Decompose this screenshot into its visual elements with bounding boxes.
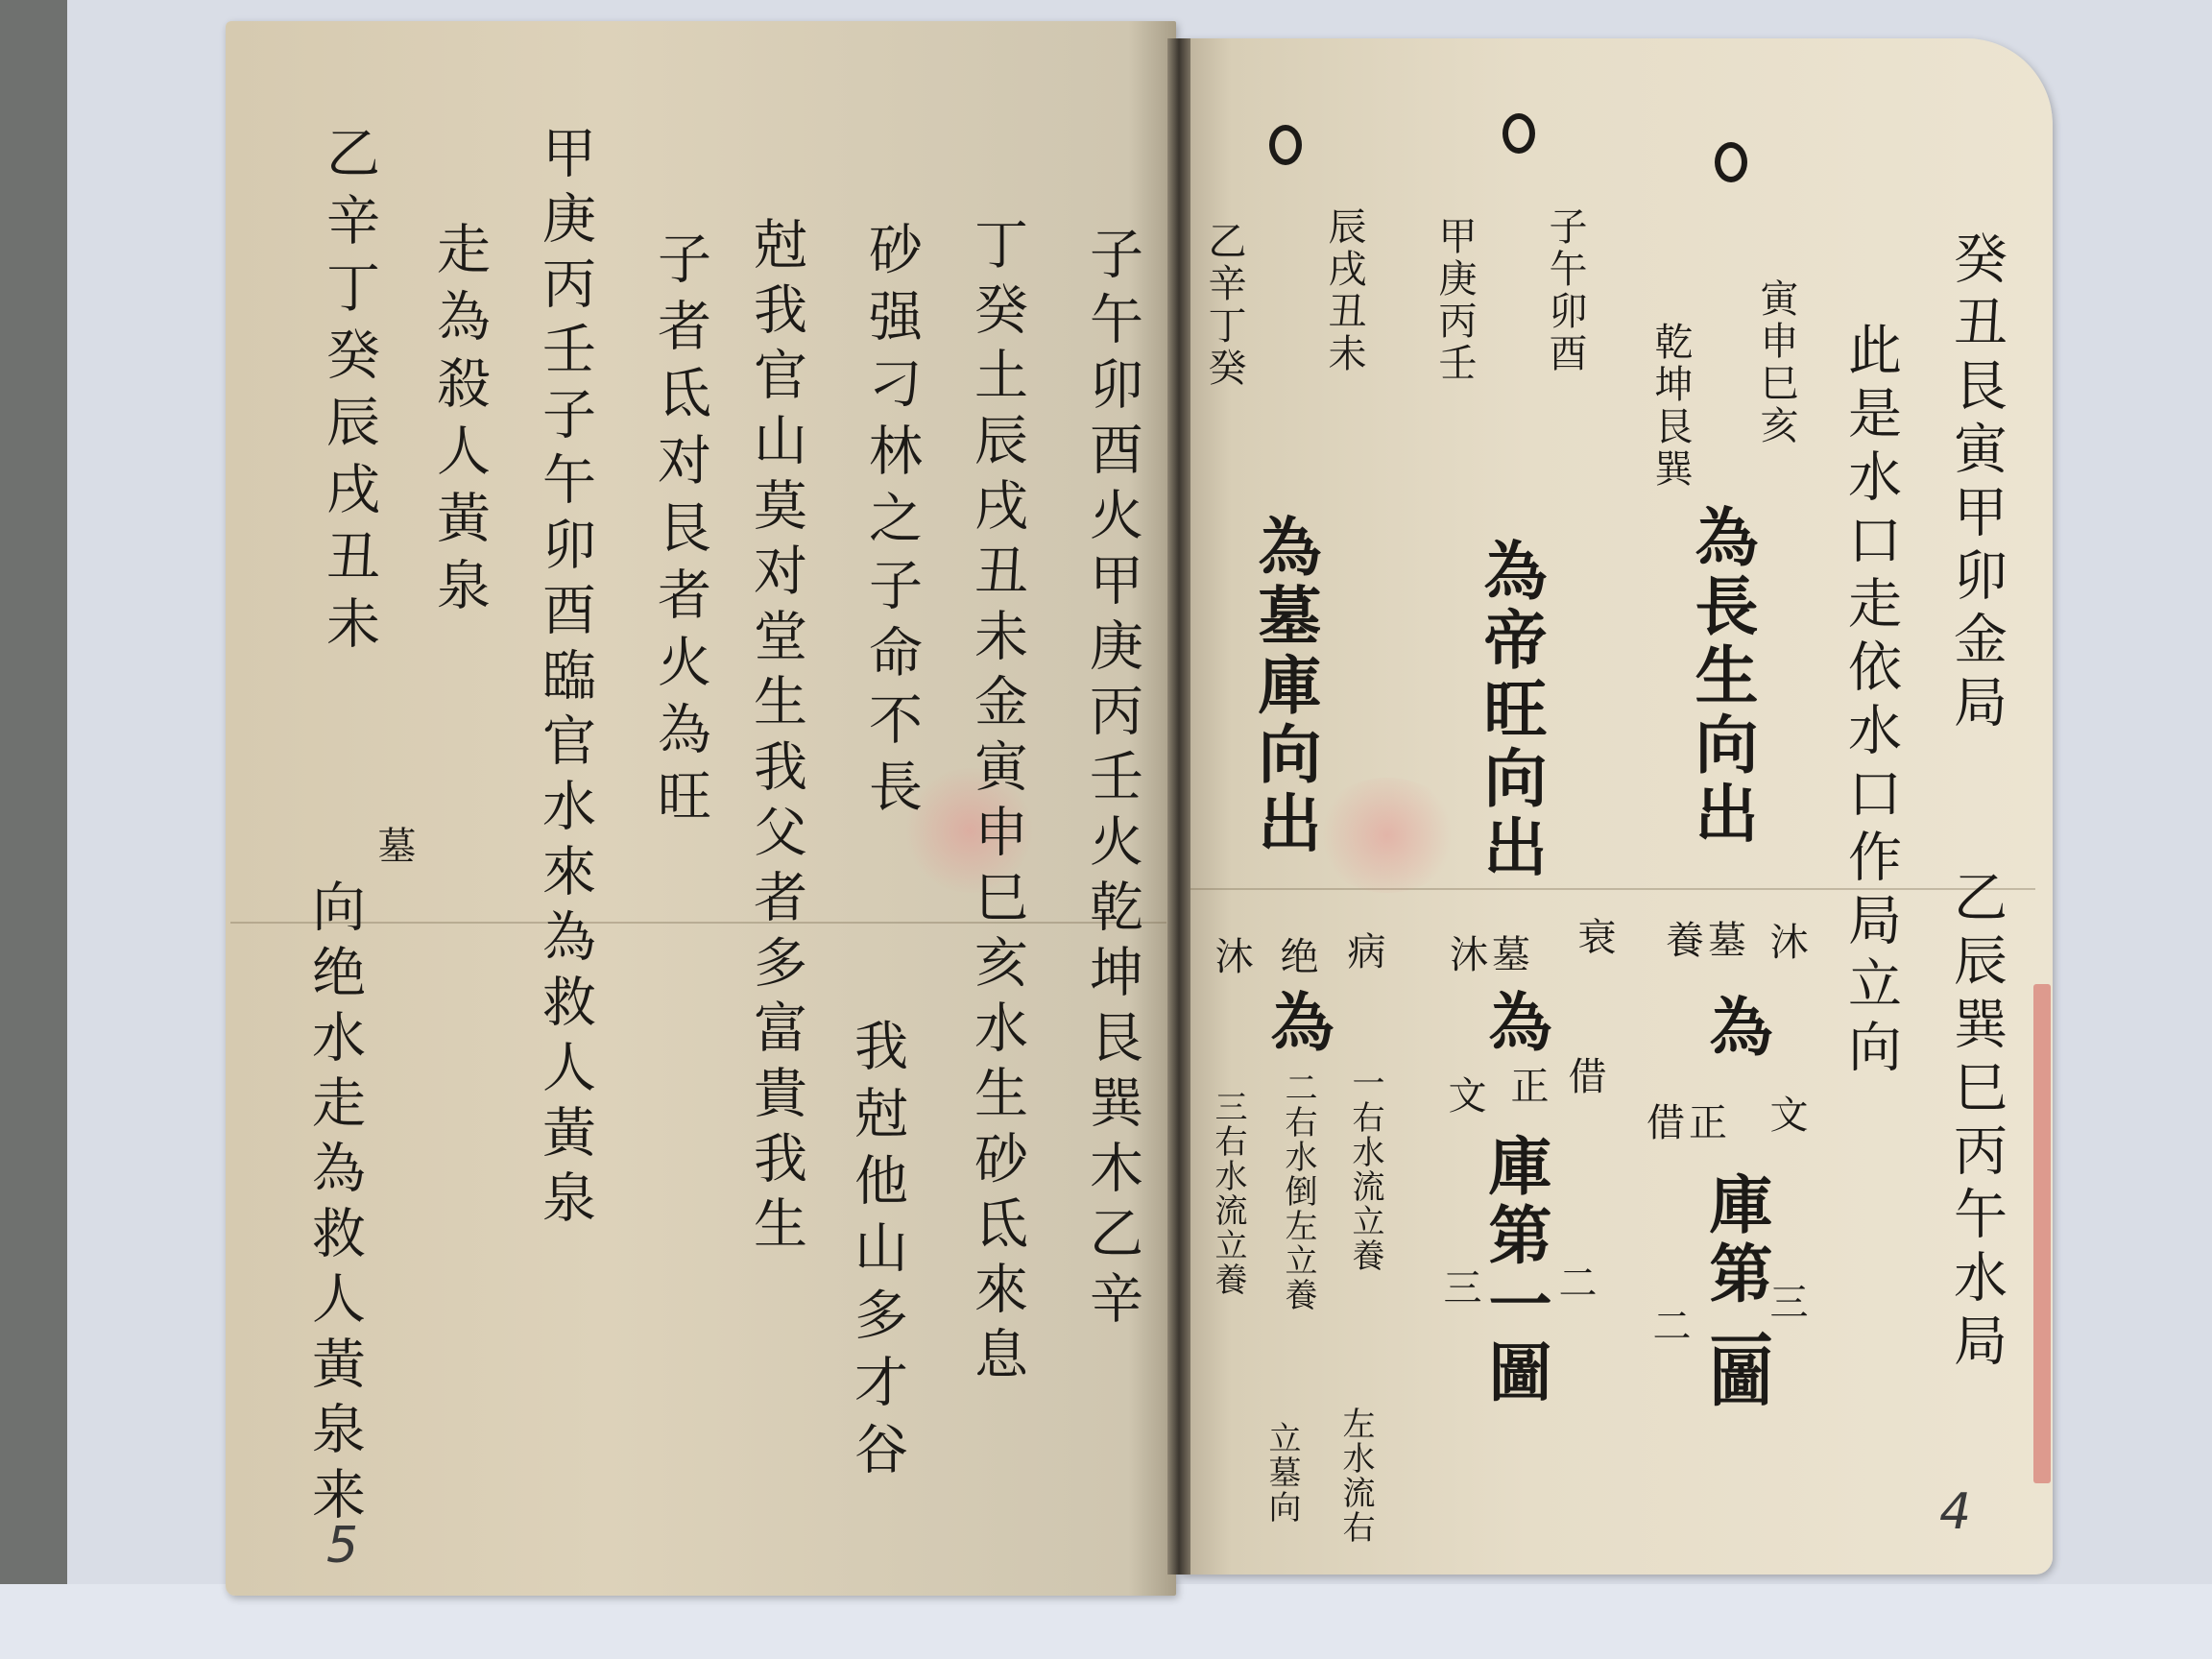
note-r8b: 沐墓 — [1450, 936, 1534, 974]
column-r5i: 圖 — [1704, 1344, 1767, 1413]
note-n5: 立墓向 — [1265, 1421, 1298, 1525]
column-l8: 乙辛丁癸辰戌丑未 — [322, 125, 375, 662]
column-r4: 乾坤艮巽 — [1651, 322, 1690, 491]
note-r5d: 文 — [1767, 1094, 1805, 1137]
column-l3b: 我尅他山多才谷 — [850, 1018, 903, 1488]
column-l4: 尅我官山莫对堂生我父者多富貴我生 — [749, 216, 803, 1261]
column-r8c: 為 — [1483, 989, 1547, 1058]
circle-mark — [1503, 113, 1535, 154]
column-l3: 砂强刁林之子命不長 — [864, 221, 918, 826]
column-r9: 辰戌丑未 — [1325, 206, 1363, 375]
column-r8: 為帝旺向出 — [1479, 538, 1542, 883]
fold-line-right — [1190, 888, 2035, 890]
page-number-right: 4 — [1939, 1483, 1971, 1541]
column-r3: 寅申巳亥 — [1757, 278, 1795, 447]
note-r5h: 二 — [1649, 1306, 1688, 1348]
column-r8j: 圖 — [1483, 1339, 1547, 1408]
note-n1: 一右水流立養 — [1349, 1066, 1382, 1273]
column-l7: 走為殺人黃泉 — [432, 221, 486, 624]
note-r11a: 病 — [1344, 931, 1382, 974]
column-r1: 癸丑艮寅甲卯金局 — [1949, 230, 2003, 737]
column-r2: 此是水口走依水口作局立向 — [1843, 322, 1897, 1082]
column-r5: 為長生向出 — [1690, 504, 1753, 850]
column-r10: 乙辛丁癸 — [1205, 221, 1243, 390]
column-r6: 子午卯酉 — [1546, 206, 1584, 375]
note-r5g: 三 — [1767, 1282, 1805, 1324]
note-r5e: 借正 — [1647, 1104, 1731, 1142]
note-r11c: 沐 — [1212, 936, 1250, 978]
column-r5c: 為 — [1704, 994, 1767, 1063]
background-surface-left — [0, 0, 67, 1659]
note-l8a: 墓 — [374, 826, 413, 868]
red-stain — [1315, 778, 1459, 893]
column-l1: 子午卯酉火甲庚丙壬火乾坤艮巽木乙辛 — [1085, 226, 1139, 1335]
circle-mark — [1269, 125, 1302, 165]
column-r1b: 乙辰巽巳丙午水局 — [1949, 869, 2003, 1376]
note-r8f: 文 — [1445, 1075, 1483, 1118]
note-n4: 左水流右 — [1339, 1407, 1372, 1545]
page-number-left: 5 — [326, 1517, 358, 1575]
column-r11d: 為 — [1265, 989, 1329, 1058]
red-edge-strip — [2033, 984, 2051, 1483]
note-n2: 二右水倒左立養 — [1282, 1070, 1314, 1312]
note-r5b: 養墓 — [1666, 922, 1750, 960]
note-r8h: 二 — [1555, 1262, 1594, 1305]
note-r8a: 衰 — [1575, 917, 1613, 959]
note-r5a: 沐 — [1767, 922, 1805, 964]
column-l5: 子者氐对艮者火為旺 — [653, 230, 707, 835]
column-r8g: 庫第一 — [1483, 1133, 1547, 1340]
column-r7: 甲庚丙壬 — [1435, 216, 1474, 385]
note-r11b: 绝 — [1277, 936, 1315, 978]
column-l8b: 向绝水走為救人黃泉来 — [307, 878, 361, 1531]
note-r8i: 三 — [1440, 1267, 1479, 1310]
circle-mark — [1715, 142, 1747, 182]
book-spine — [1167, 38, 1190, 1575]
note-r8e: 正 — [1507, 1066, 1546, 1108]
note-n3: 三右水流立養 — [1212, 1090, 1244, 1297]
column-l6: 甲庚丙壬子午卯酉臨官水來為救人黃泉 — [538, 125, 591, 1235]
column-r11: 為墓庫向出 — [1253, 514, 1316, 859]
note-r8d: 借 — [1565, 1056, 1603, 1098]
column-l2: 丁癸土辰戌丑未金寅申巳亥水生砂氐來息 — [970, 216, 1023, 1391]
